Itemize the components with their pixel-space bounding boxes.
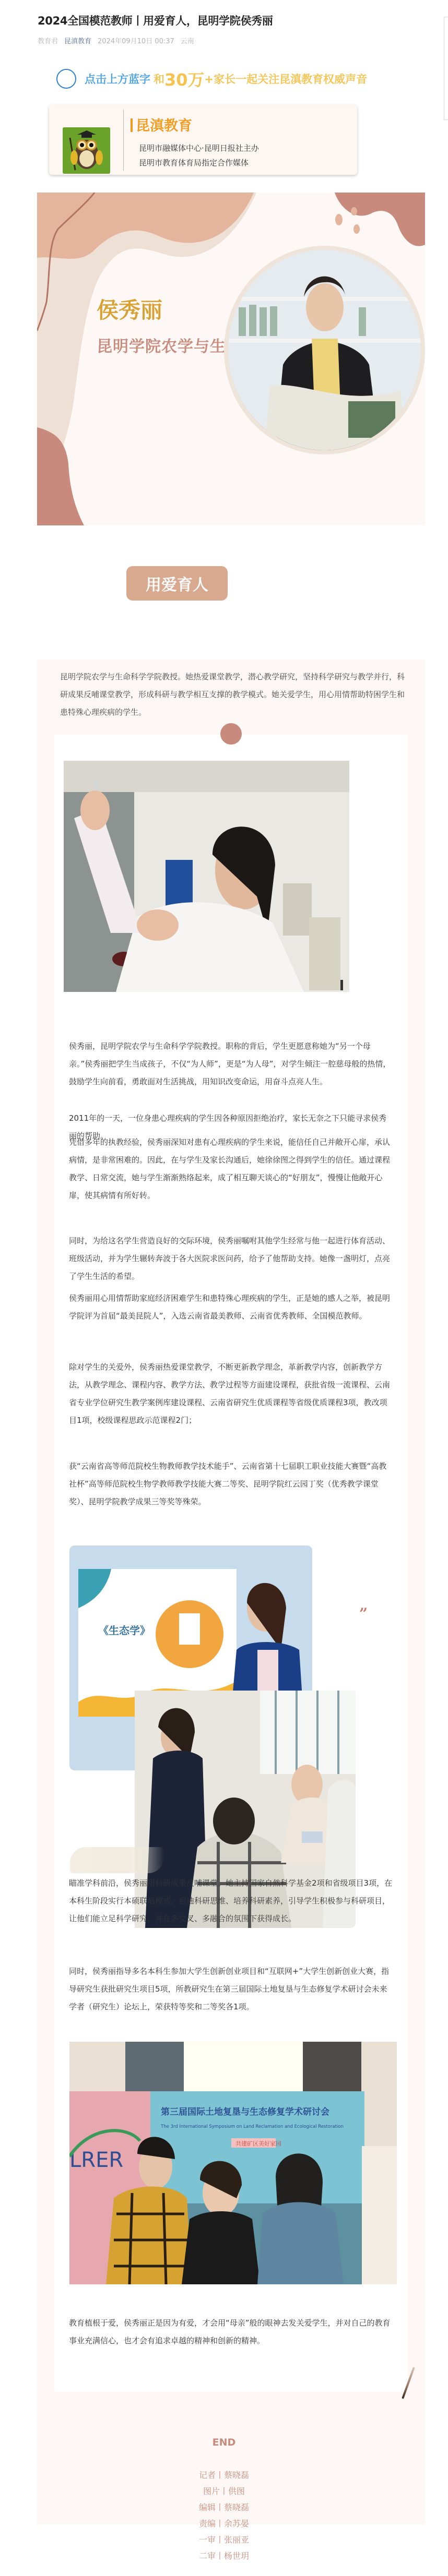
- brand-line-1: 昆明市融媒体中心·昆明日报社主办: [139, 142, 259, 153]
- owl-graduate-icon: [63, 127, 110, 174]
- lab-photo: [64, 761, 349, 992]
- side-panel-edge: [444, 17, 448, 120]
- author: 教育君: [38, 35, 58, 45]
- paragraph-10: 教育植根于爱，侯秀丽正是因为有爱，才会用“母亲”般的眼神去发关爱学生，并对自己的…: [69, 2314, 394, 2350]
- credit-first-review: 一审丨张丽亚: [0, 2532, 448, 2548]
- paragraph-4: 同时，为给这名学生营造良好的交际环境，侯秀丽嘱咐其他学生经常与他一起进行体育活动…: [69, 1232, 394, 1285]
- credits: 记者丨蔡晓磊 图片丨供图 编辑丨蔡晓磊 责编丨余苏晏 一审丨张丽亚 二审丨杨世玥: [0, 2467, 448, 2564]
- publish-location: 云南: [181, 35, 194, 45]
- paragraph-6: 除对学生的关爱外，侯秀丽热爱课堂教学，不断更新教学理念，革新教学内容，创新教学方…: [69, 1358, 394, 1429]
- follow-banner[interactable]: 点击上方蓝字 和 30万 +家长一起关注昆滇教育权威声音: [56, 67, 367, 91]
- paragraph-3: 凭借多年的执教经验，侯秀丽深知对患有心理疾病的学生来说，能信任自己并敞开心扉，承…: [69, 1133, 394, 1204]
- brand-divider: [123, 110, 124, 171]
- symposium-photo: 第三届国际土地复垦与生态修复学术研讨会 The 3rd Internationa…: [69, 2042, 397, 2284]
- article-meta: 教育君 昆滇教育 2024年09月10日 00:37 云南: [38, 35, 194, 45]
- credit-photos: 图片丨供图: [0, 2483, 448, 2499]
- publish-datetime: 2024年09月10日 00:37: [98, 35, 174, 45]
- brush-stroke-decoration: [70, 1847, 164, 1873]
- section-dot: [220, 723, 242, 745]
- circle-icon: [56, 69, 76, 89]
- article-title: 2024全国模范教师丨用爱育人，昆明学院侯秀丽: [38, 13, 273, 28]
- portrait-photo: [224, 246, 425, 454]
- quote-icon: ”: [359, 1605, 368, 1622]
- credit-responsible-editor: 责编丨余苏晏: [0, 2515, 448, 2532]
- brand-name: 昆滇教育: [131, 114, 192, 135]
- hero-cover: 侯秀丽 昆明学院农学与生命科学学院教授: [37, 193, 425, 525]
- follow-blue-text: 点击上方蓝字: [85, 71, 150, 87]
- credit-reporter: 记者丨蔡晓磊: [0, 2467, 448, 2483]
- brand-card[interactable]: 昆滇教育 昆明市融媒体中心·昆明日报社主办 昆明市教育体育局指定合作媒体: [49, 105, 357, 175]
- paragraph-9: 同时，侯秀丽指导多名本科生参加大学生创新创业项目和“互联网+”大学生创新创业大赛…: [69, 1962, 394, 2016]
- motto-badge: 用爱育人: [126, 566, 228, 601]
- follow-count: 30万: [164, 67, 205, 91]
- credit-editor: 编辑丨蔡晓磊: [0, 2499, 448, 2515]
- paragraph-1: 侯秀丽，昆明学院农学与生命科学学院教授。职称的背后，学生更愿意称她为“另一个母亲…: [69, 1037, 394, 1091]
- brand-line-2: 昆明市教育体育局指定合作媒体: [139, 157, 249, 168]
- brand-bar: [131, 118, 133, 132]
- paragraph-8: 瞄准学科前沿，侯秀丽用科研成果反哺课堂。她主持国家自然科学基金2项和省级项目3项…: [69, 1874, 394, 1927]
- symposium-banner-cn: 第三届国际土地复垦与生态修复学术研讨会: [161, 2106, 329, 2117]
- credit-second-review: 二审丨杨世玥: [0, 2548, 448, 2564]
- video-course-title: 《生态学》: [98, 1624, 150, 1637]
- follow-and-text: 和: [154, 71, 164, 87]
- brand-name-text: 昆滇教育: [136, 118, 192, 134]
- account-link[interactable]: 昆滇教育: [64, 35, 91, 45]
- lrer-logo: LRER: [69, 2148, 123, 2172]
- hero-name: 侯秀丽: [97, 293, 162, 325]
- end-label: END: [0, 2437, 448, 2448]
- follow-rest-text: +家长一起关注昆滇教育权威声音: [205, 71, 368, 87]
- intro-paragraph: 昆明学院农学与生命科学学院教授。她热爱课堂教学，潜心教学研究，坚持科学研究与教学…: [60, 668, 405, 721]
- paragraph-7: 获“云南省高等师范院校生物教师教学技术能手”、云南省第十七届职工职业技能大赛暨“…: [69, 1457, 394, 1511]
- svg-text:共建矿区美好家园: 共建矿区美好家园: [235, 2140, 281, 2147]
- svg-text:The 3rd International Symposiu: The 3rd International Symposium on Land …: [160, 2124, 344, 2129]
- paragraph-5: 侯秀丽用心用情帮助家庭经济困难学生和患特殊心理疾病的学生，正是她的感人之举，被昆…: [69, 1289, 394, 1325]
